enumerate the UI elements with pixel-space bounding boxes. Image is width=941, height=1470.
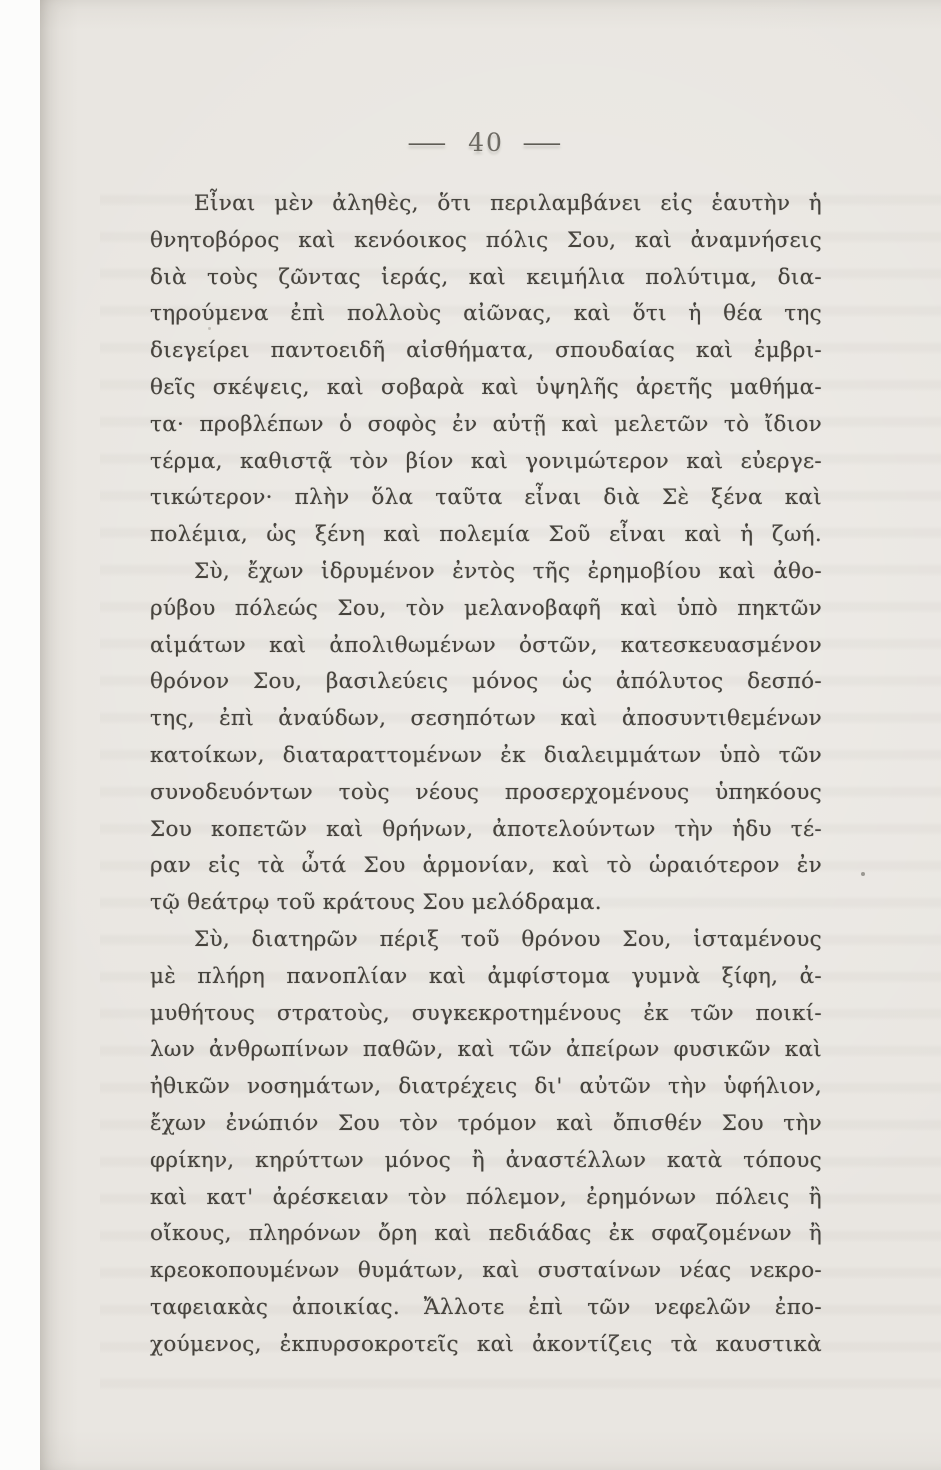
text-line-p2-l2: ρύβου πόλεώς Σου, τὸν μελανοβαφῆ καὶ ὑπὸ…	[150, 591, 822, 628]
text-line-p1-l10: πολέμια, ὡς ξένη καὶ πολεμία Σοῦ εἶναι κ…	[150, 517, 822, 554]
text-line-p2-l3: αἱμάτων καὶ ἀπολιθωμένων ὀστῶν, κατεσκευ…	[150, 628, 822, 665]
text-line-p1-l8: τέρμα, καθιστᾷ τὸν βίον καὶ γονιμώτερον …	[150, 444, 822, 481]
scan-canvas: —40— Εἶναι μὲν ἀληθὲς, ὅτι περιλαμβάνει …	[0, 0, 941, 1470]
page-number-value: 40	[468, 128, 504, 157]
text-line-p1-l6: θεῖς σκέψεις, καὶ σοβαρὰ καὶ ὑψηλῆς ἀρετ…	[150, 370, 822, 407]
text-line-p2-l5: της, ἐπὶ ἀναύδων, σεσηπότων καὶ ἀποσυντι…	[150, 701, 822, 738]
text-line-p2-l10: τῷ θεάτρῳ τοῦ κράτους Σου μελόδραμα.	[150, 885, 822, 922]
text-line-p3-l7: φρίκην, κηρύττων μόνος ἢ ἀναστέλλων κατὰ…	[150, 1143, 822, 1180]
text-line-p3-l9: οἴκους, πληρόνων ὄρη καὶ πεδιάδας ἐκ σφα…	[150, 1216, 822, 1253]
text-line-p1-l5: διεγείρει παντοειδῆ αἰσθήματα, σπουδαίας…	[150, 333, 822, 370]
text-line-p3-l3: μυθήτους στρατοὺς, συγκεκροτημένους ἐκ τ…	[150, 996, 822, 1033]
text-line-p2-l4: θρόνον Σου, βασιλεύεις μόνος ὡς ἀπόλυτος…	[150, 664, 822, 701]
text-line-p3-l11: ταφειακὰς ἀποικίας. Ἄλλοτε ἐπὶ τῶν νεφελ…	[150, 1290, 822, 1327]
text-line-p3-l5: ἠθικῶν νοσημάτων, διατρέχεις δι' αὐτῶν τ…	[150, 1069, 822, 1106]
text-line-p3-l10: κρεοκοπουμένων θυμάτων, καὶ συσταίνων νέ…	[150, 1253, 822, 1290]
text-line-p2-l8: Σου κοπετῶν καὶ θρήνων, ἀποτελούντων τὴν…	[150, 812, 822, 849]
text-block: Εἶναι μὲν ἀληθὲς, ὅτι περιλαμβάνει εἰς ἑ…	[150, 186, 822, 1364]
text-line-p1-l9: τικώτερον· πλὴν ὅλα ταῦτα εἶναι διὰ Σὲ ξ…	[150, 480, 822, 517]
text-line-p3-l1: Σὺ, διατηρῶν πέριξ τοῦ θρόνου Σου, ἱσταμ…	[150, 922, 822, 959]
text-line-p3-l8: καὶ κατ' ἀρέσκειαν τὸν πόλεμον, ἐρημόνων…	[150, 1180, 822, 1217]
text-line-p3-l12: χούμενος, ἐκπυρσοκροτεῖς καὶ ἀκοντίζεις …	[150, 1327, 822, 1364]
text-line-p2-l9: ραν εἰς τὰ ὦτά Σου ἁρμονίαν, καὶ τὸ ὡραι…	[150, 848, 822, 885]
text-line-p1-l2: θνητοβόρος καὶ κενόοικος πόλις Σου, καὶ …	[150, 223, 822, 260]
text-line-p1-l3: διὰ τοὺς ζῶντας ἱεράς, καὶ κειμήλια πολύ…	[150, 260, 822, 297]
page-number-dash-right: —	[522, 128, 565, 157]
text-line-p2-l1: Σὺ, ἔχων ἱδρυμένον ἐντὸς τῆς ἐρημοβίου κ…	[150, 554, 822, 591]
text-line-p3-l6: ἔχων ἐνώπιόν Σου τὸν τρόμον καὶ ὄπισθέν …	[150, 1106, 822, 1143]
text-line-p1-l1: Εἶναι μὲν ἀληθὲς, ὅτι περιλαμβάνει εἰς ἑ…	[150, 186, 822, 223]
page-number-dash-left: —	[407, 128, 450, 157]
text-line-p1-l7: τα· προβλέπων ὁ σοφὸς ἐν αὐτῇ καὶ μελετῶ…	[150, 407, 822, 444]
text-line-p2-l7: συνοδευόντων τοὺς νέους προσερχομένους ὑ…	[150, 775, 822, 812]
text-line-p3-l4: λων ἀνθρωπίνων παθῶν, καὶ τῶν ἀπείρων φυ…	[150, 1032, 822, 1069]
text-line-p2-l6: κατοίκων, διαταραττομένων ἐκ διαλειμμάτω…	[150, 738, 822, 775]
text-line-p1-l4: τηρούμενα ἐπὶ πολλοὺς αἰῶνας, καὶ ὅτι ἡ …	[150, 296, 822, 333]
text-line-p3-l2: μὲ πλήρη πανοπλίαν καὶ ἀμφίστομα γυμνὰ ξ…	[150, 959, 822, 996]
page-number: —40—	[150, 128, 822, 157]
